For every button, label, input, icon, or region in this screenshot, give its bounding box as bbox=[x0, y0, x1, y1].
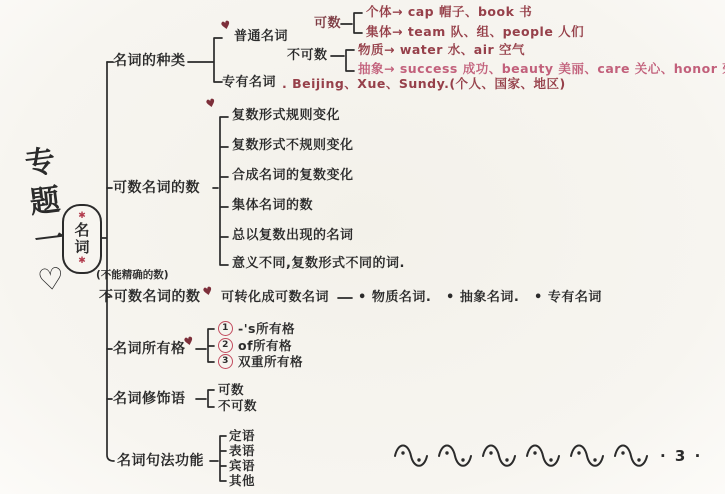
possessive-item: 1 -'s所有格 bbox=[218, 321, 295, 337]
convert-target: • 物质名词. bbox=[358, 290, 431, 306]
line-collective-nouns: 集体→ team 队、组、people 人们 bbox=[366, 24, 584, 40]
circled-number: 3 bbox=[218, 354, 233, 369]
function-item: 定语 bbox=[229, 428, 255, 444]
branch-syntactic-functions: 名词句法功能 bbox=[117, 453, 204, 471]
wave-dots bbox=[401, 451, 640, 461]
line-abstract-nouns: 抽象→ success 成功、beauty 美丽、care 关心、honor 荣… bbox=[358, 61, 725, 77]
node-proper-noun: 专有名词 bbox=[222, 75, 276, 91]
list-item: 复数形式不规则变化 bbox=[232, 138, 354, 154]
list-item: 合成名词的复数变化 bbox=[232, 168, 354, 184]
node-uncountable: 不可数 bbox=[287, 48, 328, 64]
convert-to-countable: 可转化成可数名词 bbox=[221, 290, 329, 306]
branch-noun-types: 名词的种类 bbox=[113, 53, 186, 71]
modifier-item: 可数 bbox=[218, 382, 244, 398]
modifier-item: 不可数 bbox=[218, 398, 257, 414]
mindmap-page: 专题一♡ ✱ 名词 ✱ 名词的种类 ♥ 普通名词 可数 个体→ cap 帽子、b… bbox=[0, 0, 725, 494]
wave-doodles bbox=[395, 446, 647, 466]
line-individual-nouns: 个体→ cap 帽子、book 书 bbox=[366, 4, 532, 20]
root-label: 名词 bbox=[72, 222, 93, 256]
star-icon: ✱ bbox=[78, 257, 86, 266]
possessive-label: 双重所有格 bbox=[238, 354, 303, 370]
possessive-label: -'s所有格 bbox=[238, 321, 295, 337]
list-item: 总以复数出现的名词 bbox=[232, 228, 354, 244]
possessive-item: 3 双重所有格 bbox=[218, 354, 303, 370]
convert-target: • 专有名词 bbox=[534, 290, 602, 306]
possessive-label: of所有格 bbox=[238, 338, 292, 354]
node-countable: 可数 bbox=[314, 16, 341, 32]
page-number: · 3 · bbox=[660, 447, 702, 466]
branch-modifiers: 名词修饰语 bbox=[113, 391, 186, 409]
function-item: 宾语 bbox=[229, 458, 255, 474]
function-item: 其他 bbox=[229, 473, 255, 489]
circled-number: 2 bbox=[218, 338, 233, 353]
function-item: 表语 bbox=[229, 443, 255, 459]
list-item: 复数形式规则变化 bbox=[232, 108, 340, 124]
list-item: 集体名词的数 bbox=[232, 198, 313, 214]
star-icon: ✱ bbox=[78, 212, 86, 221]
possessive-item: 2 of所有格 bbox=[218, 338, 292, 354]
list-item: 意义不同,复数形式不同的词. bbox=[232, 256, 405, 272]
proper-noun-examples: . Beijing、Xue、Sundy.(个人、国家、地区) bbox=[282, 76, 566, 92]
node-common-noun: 普通名词 bbox=[234, 29, 288, 45]
branch-possessive: 名词所有格 bbox=[113, 341, 186, 359]
line-material-nouns: 物质→ water 水、air 空气 bbox=[358, 42, 525, 58]
branch-countable-number: 可数名词的数 bbox=[113, 180, 200, 198]
root-node: ✱ 名词 ✱ bbox=[62, 204, 102, 274]
convert-target: • 抽象名词. bbox=[446, 290, 519, 306]
branch-uncountable-number: 不可数名词的数 bbox=[99, 289, 201, 307]
circled-number: 1 bbox=[218, 321, 233, 336]
uncountable-note: (不能精确的数) bbox=[96, 269, 169, 282]
